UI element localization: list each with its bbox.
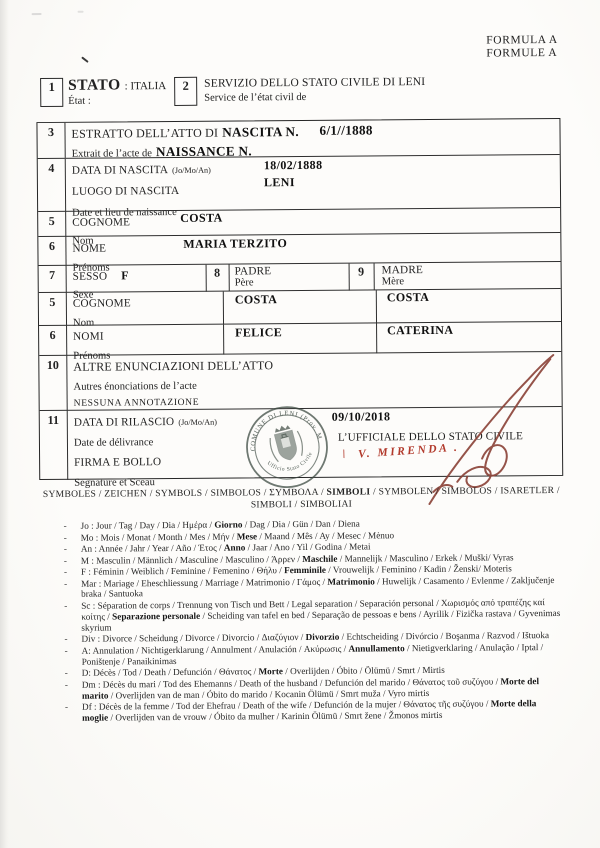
row-number: 10	[39, 356, 67, 411]
legend-text-italian-bold: Annullamento	[348, 643, 404, 653]
legend-item: -Sc : Séparation de corps / Trennung von…	[64, 597, 561, 634]
symbols-heading-post: / SYMBOLEN / SIMBOLOS / ISARETLER /	[370, 485, 560, 497]
legend-text-post: / Echtscheiding / Divórcio / Boşanma / R…	[339, 630, 549, 642]
legend-text-pre: Jo : Jour / Tag / Day / Dia / Ημέρα /	[81, 520, 215, 531]
legend-text: Dm : Décès du mari / Tod des Ehemanns / …	[82, 676, 539, 700]
legend-text-post: / Maand / Mês / Ay / Mesec / Mėnuo	[257, 530, 394, 541]
row-extract-content: ESTRATTO DELL’ATTO DI NASCITA N. 6/1//18…	[67, 119, 559, 158]
birth-date-value: 18/02/1888	[264, 158, 323, 173]
legend-dash: -	[64, 544, 67, 555]
birth-date-label-it: DATA DI NASCITA	[72, 164, 168, 177]
state-value: : ITALIA	[125, 80, 167, 92]
father-label-it: PADRE	[235, 264, 272, 277]
state-label-fr: État :	[68, 96, 91, 107]
box1-number: 1	[40, 78, 63, 107]
birth-place-label-it: LUOGO DI NASCITA	[72, 185, 179, 198]
legend-text-italian-bold: Anno	[224, 542, 246, 552]
row-number: 6	[38, 237, 66, 266]
row-birth-content: DATA DI NASCITA (Jo/Mo/An) 18/02/1888 LU…	[68, 155, 560, 212]
legend-text-post: / Dag / Dia / Gün / Dan / Diena	[242, 519, 359, 530]
name-value: MARIA TERZITO	[183, 236, 287, 252]
extract-label-it: ESTRATTO DELL’ATTO DI	[71, 126, 218, 141]
column-divider	[223, 292, 224, 325]
legend-item: -Dm : Décès du mari / Tod des Ehemanns /…	[65, 676, 562, 702]
legend-text-italian-bold: Separazione personale	[112, 611, 200, 622]
legend-text: An : Année / Jahr / Year / Año / Έτος / …	[81, 541, 371, 553]
legend-text-post: / Vrouwelijk / Feminino / Kadin / Ženski…	[326, 563, 512, 574]
column-divider	[376, 323, 377, 353]
sex-value: F	[121, 268, 129, 282]
legend-text-italian-bold: Divorzio	[306, 632, 340, 642]
scanned-form: FORMULA A FORMULE A 1 STATO : ITALIA Éta…	[0, 0, 600, 848]
extract-type-it: NASCITA N.	[222, 124, 299, 140]
legend-text: Mo : Mois / Monat / Month / Mes / Μήν / …	[81, 530, 394, 542]
formula-line-2: FORMULE A	[486, 47, 558, 61]
row-number: 11	[40, 411, 69, 480]
sex-cell: SESSO F Sexe	[69, 265, 206, 293]
row-parents-surname: 5 COGNOME Nom COSTA COSTA	[39, 288, 561, 326]
legend-text-pre: Dm : Décès du mari / Tod des Ehemanns / …	[82, 676, 501, 689]
mother-cell: MADRE Mère	[382, 263, 424, 287]
legend-dash: -	[64, 578, 67, 589]
row-number: 6	[39, 326, 67, 356]
legend-text: A: Annulation / Nichtigerklarung / Annul…	[82, 642, 544, 667]
father-name-value: FELICE	[235, 325, 282, 340]
legend-dash: -	[64, 532, 67, 543]
father-box-number: 8	[206, 265, 230, 292]
box1-state: STATO : ITALIA	[68, 77, 166, 95]
issue-date-label-fr: Date de délivrance	[74, 437, 154, 449]
legend-text-post: / Jaar / Ano / Yil / Godina / Metai	[245, 541, 370, 552]
surname-label-it: COGNOME	[72, 216, 130, 228]
formula-header: FORMULA A FORMULE A	[486, 34, 558, 61]
service-label-it: SERVIZIO DELLO STATO CIVILE DI LENI	[204, 76, 425, 90]
legend-text-post: / Overlijden / Óbito / Ölümü / Smrt / Mi…	[283, 665, 445, 676]
legend-dash: -	[64, 555, 67, 566]
row-number: 5	[39, 293, 67, 326]
act-number-value: 6/1//1888	[319, 122, 372, 138]
mother-box-number: 9	[349, 263, 375, 290]
row-number: 4	[38, 159, 66, 212]
legend-text-italian-bold: Matrimonio	[327, 576, 375, 586]
legend-dash: -	[65, 702, 68, 713]
legend-text: Df : Décès de la femme / Tod der Ehefrau…	[82, 698, 536, 722]
issue-date-value: 09/10/2018	[332, 409, 391, 424]
row-number: 5	[38, 212, 66, 237]
father-label-fr: Père	[235, 277, 272, 288]
legend-text-pre: Div : Divorce / Scheidung / Divorce / Di…	[81, 632, 305, 644]
document-page: FORMULA A FORMULE A 1 STATO : ITALIA Éta…	[0, 0, 600, 848]
formula-line-1: FORMULA A	[486, 34, 558, 48]
scan-smudge	[32, 13, 42, 15]
birth-place-value: LENI	[264, 175, 295, 190]
date-format-hint: (Jo/Mo/An)	[172, 166, 211, 175]
legend-dash: -	[65, 668, 68, 679]
legend-text-italian-bold: Giorno	[214, 519, 242, 529]
legend-item: -Df : Décès de la femme / Tod der Ehefra…	[65, 698, 562, 724]
mother-surname-value: COSTA	[387, 290, 430, 305]
legend-text-pre: Mo : Mois / Monat / Month / Mes / Μήν /	[81, 531, 237, 542]
scan-smudge	[78, 11, 84, 13]
no-annotation-note: NESSUNA ANNOTAZIONE	[74, 397, 200, 409]
legend-text-pre: D: Décès / Tod / Death / Defunción / Θάν…	[82, 666, 259, 677]
issue-date-label-it: DATA DI RILASCIO	[74, 416, 175, 429]
registrar-title: L’UFFICIALE DELLO STATO CIVILE	[338, 430, 523, 443]
legend-dash: -	[64, 521, 67, 532]
symbols-heading-bold: SIMBOLI	[326, 486, 370, 497]
legend-text-italian-bold: Femminile	[284, 565, 326, 575]
legend-text-pre: M : Masculin / Männlich / Masculine / Ma…	[81, 553, 302, 565]
legend-text-pre: Mar : Mariage / Eheschliessung / Marriag…	[81, 576, 327, 588]
father-surname-value: COSTA	[235, 292, 278, 307]
mother-label-it: MADRE	[382, 263, 424, 276]
legend-text: Mar : Mariage / Eheschliessung / Marriag…	[81, 575, 554, 600]
legend-item: -A: Annulation / Nichtigerklarung / Annu…	[65, 642, 562, 668]
legend-text: Sc : Séparation de corps / Trennung von …	[81, 597, 560, 632]
surname-label-it: COGNOME	[73, 297, 131, 309]
legend-dash: -	[64, 634, 67, 645]
state-label: STATO	[68, 76, 121, 93]
father-cell: PADRE Père	[235, 264, 272, 288]
other-label-it: ALTRE ENUNCIAZIONI DELL’ATTO	[73, 358, 273, 374]
sex-label-it: SESSO	[73, 271, 108, 283]
symbols-heading-pre: SYMBOLES / ZEICHEN / SYMBOLS / SIMBOLOS …	[43, 487, 327, 500]
legend-item: -Mar : Mariage / Eheschliessung / Marria…	[64, 574, 561, 600]
service-label-fr: Service de l’état civil de	[204, 92, 306, 104]
legend-dash: -	[64, 601, 67, 612]
mother-name-value: CATERINA	[387, 323, 453, 339]
legend-text-post: / Mannelijk / Masculino / Erkek / Muški/…	[337, 552, 513, 563]
column-divider	[223, 325, 224, 355]
municipal-round-stamp: COMUNE DI LENI (Prov. ME) Ufficio Stato …	[244, 404, 331, 491]
legend-text-post: / Overlijden van de vrouw / Óbito da mul…	[108, 710, 442, 723]
row-birth-date-place: 4 DATA DI NASCITA (Jo/Mo/An) 18/02/1888 …	[38, 154, 560, 212]
other-label-fr: Autres énonciations de l’acte	[73, 381, 196, 393]
row-extract: 3 ESTRATTO DELL’ATTO DI NASCITA N. 6/1//…	[37, 119, 559, 158]
legend-text-pre: An : Année / Jahr / Year / Año / Έτος /	[81, 543, 224, 554]
legend-text: Jo : Jour / Tag / Day / Dia / Ημέρα / Gi…	[81, 519, 360, 531]
parents-surname-label-cell: COGNOME Nom	[69, 292, 223, 326]
other-statements-content: ALTRE ENUNCIAZIONI DELL’ATTO Autres énon…	[69, 352, 561, 411]
legend-dash: -	[65, 679, 68, 690]
stamp-signature-label-fr: Segnature et Sceau	[74, 477, 155, 489]
names-label-it: NOMI	[73, 331, 104, 343]
legend-text-pre: F : Féminin / Weiblich / Feminine / Feme…	[81, 565, 284, 577]
surname-value: COSTA	[180, 211, 223, 226]
parents-names-label-cell: NOMI Prénoms	[69, 325, 223, 356]
legend-text-italian-bold: Morte	[258, 666, 283, 676]
legend-dash: -	[65, 646, 68, 657]
legend-text-pre: A: Annulation / Nichtigerklarung / Annul…	[82, 643, 349, 655]
box2-number: 2	[174, 77, 197, 106]
legend-text-post: / Overlijden van de man / Óbito do marid…	[108, 688, 429, 701]
legend-list: -Jo : Jour / Tag / Day / Dia / Ημέρα / G…	[64, 517, 563, 724]
row-other-statements: 10 ALTRE ENUNCIAZIONI DELL’ATTO Autres é…	[39, 351, 561, 411]
stamp-signature-label-it: FIRMA E BOLLO	[74, 456, 161, 469]
stamp-coat-of-arms	[266, 422, 305, 464]
legend-text-italian-bold: Mese	[237, 531, 257, 541]
row-number: 7	[39, 266, 67, 293]
legend-text-italian-bold: Maschile	[302, 553, 337, 563]
row-number: 3	[37, 123, 65, 158]
mother-label-fr: Mère	[382, 276, 423, 287]
stray-pen-mark	[81, 56, 89, 62]
legend-dash: -	[64, 567, 67, 578]
name-label-it: NOME	[72, 243, 106, 255]
date-format-hint: (Jo/Mo/An)	[178, 418, 217, 427]
column-divider	[376, 290, 377, 323]
